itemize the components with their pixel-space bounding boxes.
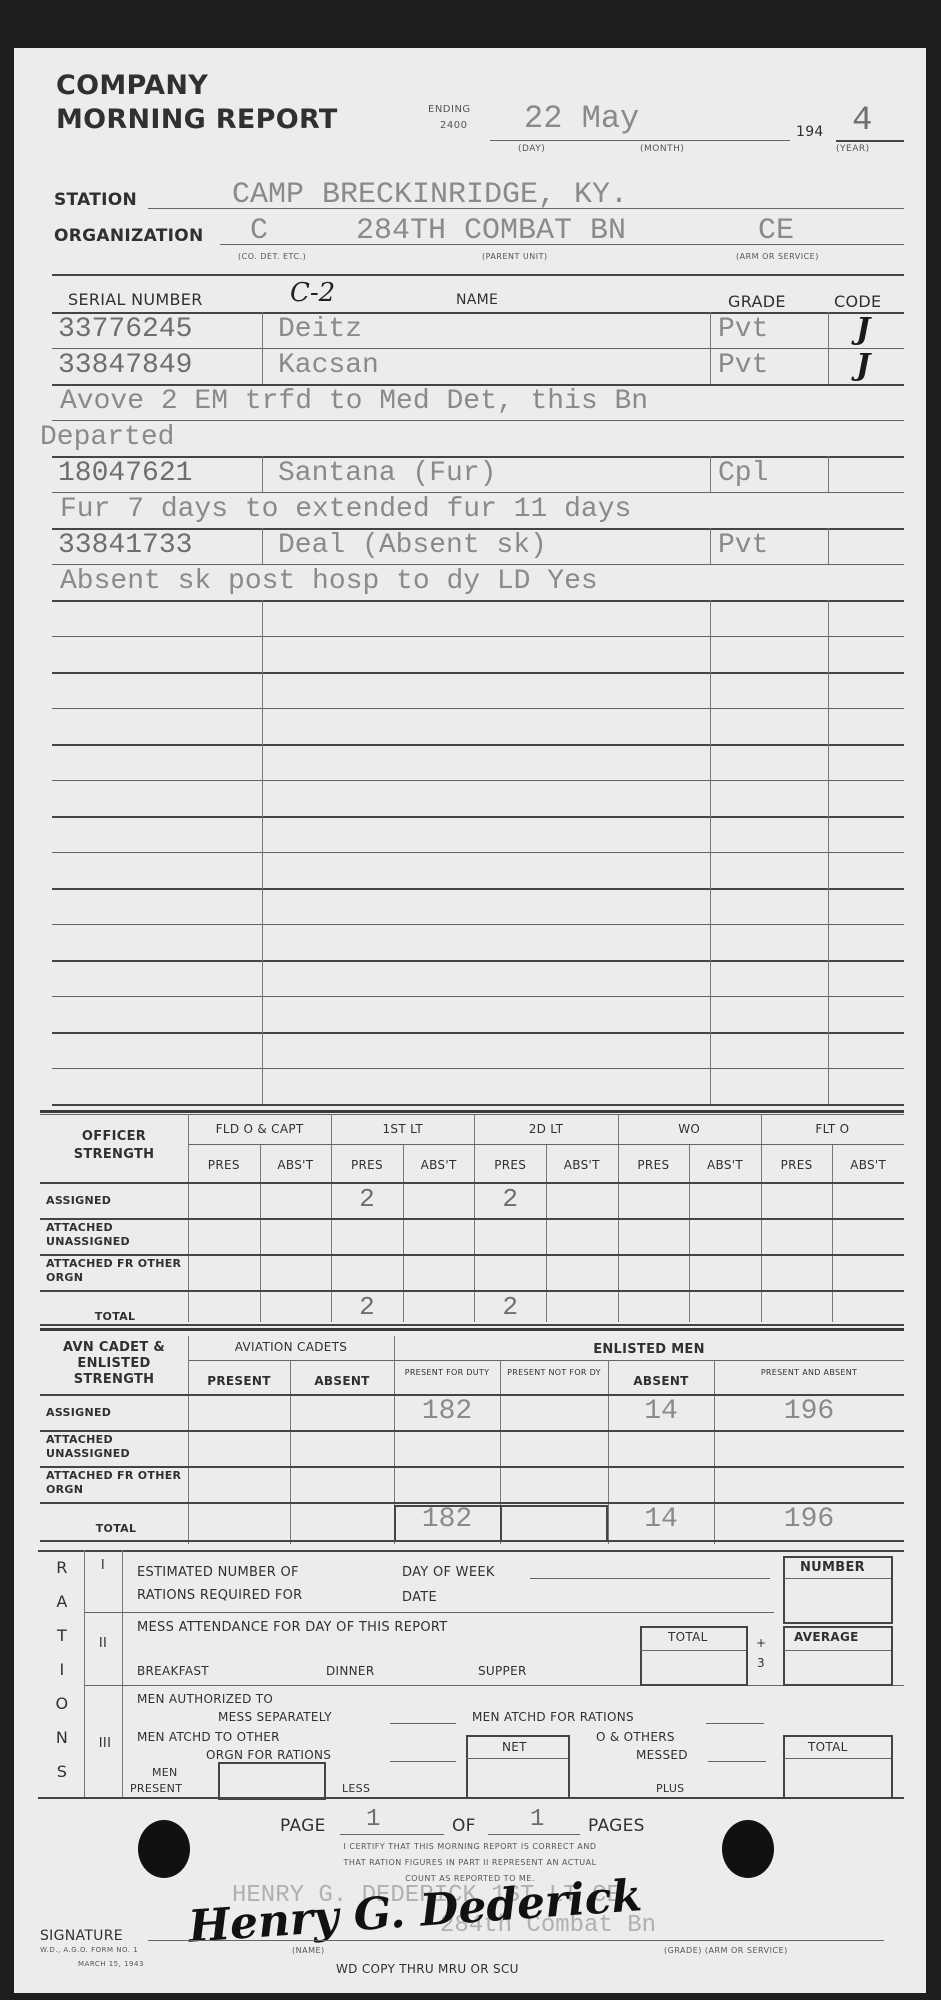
orgn-for-rations-field[interactable] — [390, 1761, 456, 1762]
enlisted-column-header: PRESENT — [188, 1374, 290, 1388]
officer-cell[interactable]: 2 — [474, 1184, 546, 1220]
certify-line2: THAT RATION FIGURES IN PART II REPRESENT… — [250, 1858, 690, 1867]
parent-unit-caption: (PARENT UNIT) — [482, 252, 548, 261]
enlisted-men-header: ENLISTED MEN — [394, 1342, 904, 1357]
officer-cell[interactable] — [403, 1184, 475, 1220]
enlisted-row-label: ASSIGNED — [46, 1406, 186, 1420]
date-label: DATE — [402, 1590, 437, 1605]
officer-cell[interactable] — [761, 1220, 833, 1256]
enlisted-column-header: PRESENT NOT FOR DY — [500, 1366, 608, 1380]
enlisted-cell[interactable] — [290, 1504, 394, 1542]
officer-subheader: ABS'T — [832, 1158, 904, 1172]
officer-subheader: PRES — [331, 1158, 403, 1172]
officer-cell[interactable] — [832, 1256, 904, 1292]
officer-subheader: PRES — [761, 1158, 833, 1172]
officer-row-label: ATTACHED FR OTHER ORGN — [46, 1257, 184, 1285]
divide-by: 3 — [757, 1656, 765, 1670]
officer-cell[interactable] — [331, 1220, 403, 1256]
form-number: W.D., A.G.O. FORM NO. 1 — [40, 1946, 138, 1954]
mess-attendance-title: MESS ATTENDANCE FOR DAY OF THIS REPORT — [137, 1620, 448, 1635]
officer-group-header: FLT O — [761, 1122, 904, 1136]
officer-cell[interactable] — [689, 1184, 761, 1220]
officer-cell[interactable] — [188, 1184, 260, 1220]
soldier-grade: Cpl — [718, 458, 768, 489]
serial-header: SERIAL NUMBER — [68, 290, 203, 309]
men-authorized-label: MEN AUTHORIZED TO — [137, 1692, 273, 1706]
officer-subheader: PRES — [474, 1158, 546, 1172]
officer-cell[interactable]: 2 — [331, 1184, 403, 1220]
enlisted-cell[interactable] — [608, 1432, 714, 1468]
mess-separately-label: MESS SEPARATELY — [218, 1710, 332, 1724]
company-caption: (CO. DET. ETC.) — [238, 252, 306, 261]
men-atchd-for-rations-label: MEN ATCHD FOR RATIONS — [472, 1710, 634, 1724]
officer-cell[interactable] — [403, 1292, 475, 1326]
enlisted-cell[interactable]: 14 — [608, 1396, 714, 1432]
officer-cell[interactable] — [832, 1292, 904, 1326]
month-caption: (MONTH) — [640, 144, 684, 154]
roster-row[interactable] — [52, 1068, 904, 1104]
name-caption: (NAME) — [292, 1946, 325, 1955]
code-mark: J — [856, 348, 870, 383]
officer-cell[interactable] — [546, 1292, 618, 1326]
plus-label: PLUS — [656, 1782, 684, 1795]
name-header: NAME — [456, 292, 498, 308]
roster-row[interactable] — [52, 888, 904, 924]
officer-cell[interactable] — [832, 1220, 904, 1256]
officer-cell[interactable] — [761, 1184, 833, 1220]
enlisted-cell[interactable] — [188, 1432, 290, 1468]
officer-cell[interactable] — [403, 1256, 475, 1292]
roster-remark-row[interactable]: Avove 2 EM trfd to Med Det, this Bn — [52, 384, 904, 420]
officer-cell[interactable] — [403, 1220, 475, 1256]
certify-line1: I CERTIFY THAT THIS MORNING REPORT IS CO… — [250, 1842, 690, 1851]
enlisted-row-label: ATTACHED UNASSIGNED — [46, 1433, 186, 1461]
roster-row[interactable] — [52, 852, 904, 888]
year-prefix: 194 — [796, 124, 824, 140]
form-date: MARCH 15, 1943 — [78, 1960, 144, 1968]
enlisted-strength-title: AVN CADET & ENLISTED STRENGTH — [40, 1340, 188, 1388]
roster-row[interactable]: 33776245DeitzPvtJ — [52, 312, 904, 348]
enlisted-cell[interactable] — [500, 1396, 608, 1432]
organization-label: ORGANIZATION — [54, 226, 204, 246]
officer-cell[interactable] — [761, 1256, 833, 1292]
officer-cell[interactable] — [188, 1256, 260, 1292]
roster-remark-row[interactable]: Fur 7 days to extended fur 11 days — [52, 492, 904, 528]
rations-letter: S — [44, 1762, 80, 1781]
enlisted-cell[interactable] — [290, 1396, 394, 1432]
enlisted-cell[interactable] — [188, 1504, 290, 1542]
officer-cell[interactable] — [689, 1292, 761, 1326]
officer-cell[interactable] — [260, 1292, 332, 1326]
dinner-label: DINNER — [326, 1664, 374, 1678]
roster-row[interactable] — [52, 996, 904, 1032]
of-label: OF — [452, 1816, 476, 1836]
enlisted-column-header: ABSENT — [290, 1374, 394, 1388]
messed-field[interactable] — [708, 1761, 766, 1762]
roster-row[interactable]: 33841733Deal (Absent sk)Pvt — [52, 528, 904, 564]
grade-caption: (GRADE) (ARM OR SERVICE) — [664, 1946, 788, 1955]
enlisted-cell[interactable]: 196 — [714, 1396, 904, 1432]
punch-hole-left — [138, 1820, 190, 1878]
enlisted-column-header: ABSENT — [608, 1374, 714, 1388]
officer-cell[interactable]: 2 — [331, 1292, 403, 1326]
soldier-grade: Pvt — [718, 350, 768, 381]
rations-letter: T — [44, 1626, 80, 1645]
enlisted-cell[interactable]: 196 — [714, 1504, 904, 1542]
enlisted-row-label: TOTAL — [46, 1522, 186, 1536]
roster-row[interactable]: 18047621Santana (Fur)Cpl — [52, 456, 904, 492]
roster-row[interactable] — [52, 672, 904, 708]
roster-row[interactable] — [52, 1032, 904, 1068]
rations-letter: N — [44, 1728, 80, 1747]
officer-cell[interactable] — [188, 1220, 260, 1256]
part3-numeral: III — [92, 1736, 118, 1751]
mess-separately-field[interactable] — [390, 1723, 456, 1724]
divide-symbol: + — [756, 1636, 766, 1650]
officer-strength-title: OFFICER STRENGTH — [40, 1128, 188, 1164]
soldier-name: Kacsan — [278, 350, 379, 381]
ending-time: 2400 — [440, 120, 467, 131]
roster-top-rule — [52, 274, 904, 276]
rations-letter: R — [44, 1558, 80, 1577]
serial-number: 33776245 — [58, 314, 192, 345]
officer-cell[interactable] — [188, 1292, 260, 1326]
remark-text: Departed — [40, 422, 174, 453]
signature-line[interactable] — [148, 1940, 884, 1941]
signature-label: SIGNATURE — [40, 1928, 123, 1944]
officer-cell[interactable] — [474, 1256, 546, 1292]
officer-row-label: TOTAL — [46, 1310, 184, 1324]
day-of-week-label: DAY OF WEEK — [402, 1565, 495, 1580]
mess-total-label: TOTAL — [668, 1630, 708, 1644]
code-header: CODE — [834, 292, 881, 311]
officer-cell[interactable] — [689, 1256, 761, 1292]
men-present-label-1: MEN — [152, 1766, 178, 1779]
remark-text: Fur 7 days to extended fur 11 days — [60, 494, 631, 525]
men-present-box[interactable] — [218, 1762, 326, 1800]
officer-cell[interactable] — [618, 1220, 690, 1256]
rations-letter: I — [44, 1660, 80, 1679]
enlisted-cell[interactable] — [608, 1468, 714, 1504]
enlisted-cell[interactable] — [500, 1432, 608, 1468]
roster-remark-row[interactable]: Departed — [52, 420, 904, 456]
officer-cell[interactable] — [546, 1184, 618, 1220]
officer-cell[interactable] — [832, 1184, 904, 1220]
roster-remark-row[interactable]: Absent sk post hosp to dy LD Yes — [52, 564, 904, 600]
officer-cell[interactable] — [618, 1256, 690, 1292]
form-title-line2: MORNING REPORT — [56, 104, 338, 135]
rations-letter: A — [44, 1592, 80, 1611]
date-underline — [490, 140, 790, 141]
less-label: LESS — [342, 1782, 370, 1795]
officer-cell[interactable] — [689, 1220, 761, 1256]
average-label: AVERAGE — [794, 1630, 859, 1644]
officer-cell[interactable] — [260, 1256, 332, 1292]
officer-subheader: PRES — [188, 1158, 260, 1172]
year-caption: (YEAR) — [836, 144, 870, 154]
pages-value: 1 — [530, 1806, 544, 1833]
day-of-week-field[interactable] — [530, 1578, 770, 1579]
page-value: 1 — [366, 1806, 380, 1833]
punch-hole-right — [722, 1820, 774, 1878]
enlisted-cell[interactable] — [500, 1468, 608, 1504]
day-caption: (DAY) — [518, 144, 545, 154]
handwritten-annotation: C-2 — [290, 278, 335, 308]
breakfast-label: BREAKFAST — [137, 1664, 209, 1678]
year-value: 4 — [852, 102, 872, 140]
officer-subheader: ABS'T — [403, 1158, 475, 1172]
enlisted-cell[interactable] — [290, 1468, 394, 1504]
net-label: NET — [502, 1740, 527, 1754]
roster-row[interactable] — [52, 744, 904, 780]
officer-group-header: 1ST LT — [331, 1122, 474, 1136]
rations-letter: O — [44, 1694, 80, 1713]
officer-group-header: FLD O & CAPT — [188, 1122, 331, 1136]
parent-unit-value: 284TH COMBAT BN — [356, 214, 626, 248]
officer-group-header: WO — [618, 1122, 761, 1136]
officer-cell[interactable] — [546, 1220, 618, 1256]
remark-text: Avove 2 EM trfd to Med Det, this Bn — [60, 386, 648, 417]
company-value: C — [250, 214, 268, 248]
men-present-label-2: PRESENT — [130, 1782, 182, 1795]
enlisted-column-header: PRESENT AND ABSENT — [714, 1366, 904, 1380]
station-label: STATION — [54, 190, 137, 210]
officer-subheader: ABS'T — [689, 1158, 761, 1172]
roster-rule — [52, 1104, 904, 1106]
page-label: PAGE — [280, 1816, 326, 1836]
messed-label: MESSED — [636, 1748, 688, 1762]
station-value: CAMP BRECKINRIDGE, KY. — [232, 178, 628, 212]
grade-header: GRADE — [728, 292, 786, 311]
officer-cell[interactable] — [474, 1220, 546, 1256]
soldier-name: Santana (Fur) — [278, 458, 496, 489]
soldier-grade: Pvt — [718, 314, 768, 345]
soldier-grade: Pvt — [718, 530, 768, 561]
roster-row[interactable]: 33847849KacsanPvtJ — [52, 348, 904, 384]
officer-subheader: ABS'T — [260, 1158, 332, 1172]
year-underline — [836, 140, 904, 142]
report-date: 22 May — [524, 100, 639, 137]
roster-row[interactable] — [52, 600, 904, 636]
enlisted-cell[interactable]: 14 — [608, 1504, 714, 1542]
officer-cell[interactable] — [618, 1184, 690, 1220]
officer-cell[interactable] — [260, 1220, 332, 1256]
officer-group-header: 2D LT — [474, 1122, 617, 1136]
part1-label-line2: RATIONS REQUIRED FOR — [137, 1588, 302, 1603]
officer-row-label: ATTACHED UNASSIGNED — [46, 1221, 184, 1249]
supper-label: SUPPER — [478, 1664, 527, 1678]
officer-cell[interactable] — [761, 1292, 833, 1326]
enlisted-cell[interactable] — [394, 1432, 500, 1468]
enlisted-cell[interactable] — [188, 1468, 290, 1504]
officer-subheader: PRES — [618, 1158, 690, 1172]
roster-row[interactable] — [52, 708, 904, 744]
officers-others-label: O & OTHERS — [596, 1730, 675, 1744]
men-atchd-other-label: MEN ATCHD TO OTHER — [137, 1730, 280, 1744]
roster-row[interactable] — [52, 960, 904, 996]
copy-note: WD COPY THRU MRU OR SCU — [336, 1962, 519, 1976]
men-atchd-for-rations-field[interactable] — [706, 1723, 764, 1724]
officer-cell[interactable] — [618, 1292, 690, 1326]
serial-number: 18047621 — [58, 458, 192, 489]
enlisted-column-header: PRESENT FOR DUTY — [394, 1366, 500, 1380]
enlisted-row-label: ATTACHED FR OTHER ORGN — [46, 1469, 186, 1497]
enlisted-cell[interactable] — [188, 1396, 290, 1432]
ending-label: ENDING — [428, 104, 471, 115]
roster-row[interactable] — [52, 816, 904, 852]
soldier-name: Deitz — [278, 314, 362, 345]
aviation-cadets-header: AVIATION CADETS — [188, 1340, 394, 1354]
officer-row-label: ASSIGNED — [46, 1194, 184, 1208]
arm-caption: (ARM OR SERVICE) — [736, 252, 819, 261]
enlisted-cell[interactable] — [394, 1468, 500, 1504]
enlisted-cell[interactable] — [714, 1468, 904, 1504]
enlisted-cell[interactable] — [714, 1432, 904, 1468]
enlisted-cell[interactable] — [290, 1432, 394, 1468]
pages-label: PAGES — [588, 1816, 645, 1836]
orgn-for-rations-label: ORGN FOR RATIONS — [206, 1748, 331, 1762]
officer-cell[interactable]: 2 — [474, 1292, 546, 1326]
part1-label-line1: ESTIMATED NUMBER OF — [137, 1565, 299, 1580]
officer-cell[interactable] — [260, 1184, 332, 1220]
soldier-name: Deal (Absent sk) — [278, 530, 547, 561]
roster-row[interactable] — [52, 924, 904, 960]
part2-numeral: II — [92, 1636, 114, 1651]
officer-cell[interactable] — [331, 1256, 403, 1292]
number-label: NUMBER — [800, 1560, 865, 1575]
roster-row[interactable] — [52, 636, 904, 672]
enlisted-cell[interactable]: 182 — [394, 1396, 500, 1432]
part1-numeral: I — [92, 1558, 114, 1573]
serial-number: 33847849 — [58, 350, 192, 381]
arm-value: CE — [758, 214, 794, 248]
serial-number: 33841733 — [58, 530, 192, 561]
remark-text: Absent sk post hosp to dy LD Yes — [60, 566, 598, 597]
officer-subheader: ABS'T — [546, 1158, 618, 1172]
form-title-line1: COMPANY — [56, 70, 208, 101]
rations-total-label: TOTAL — [808, 1740, 848, 1754]
code-mark: J — [856, 312, 870, 347]
roster-row[interactable] — [52, 780, 904, 816]
officer-cell[interactable] — [546, 1256, 618, 1292]
